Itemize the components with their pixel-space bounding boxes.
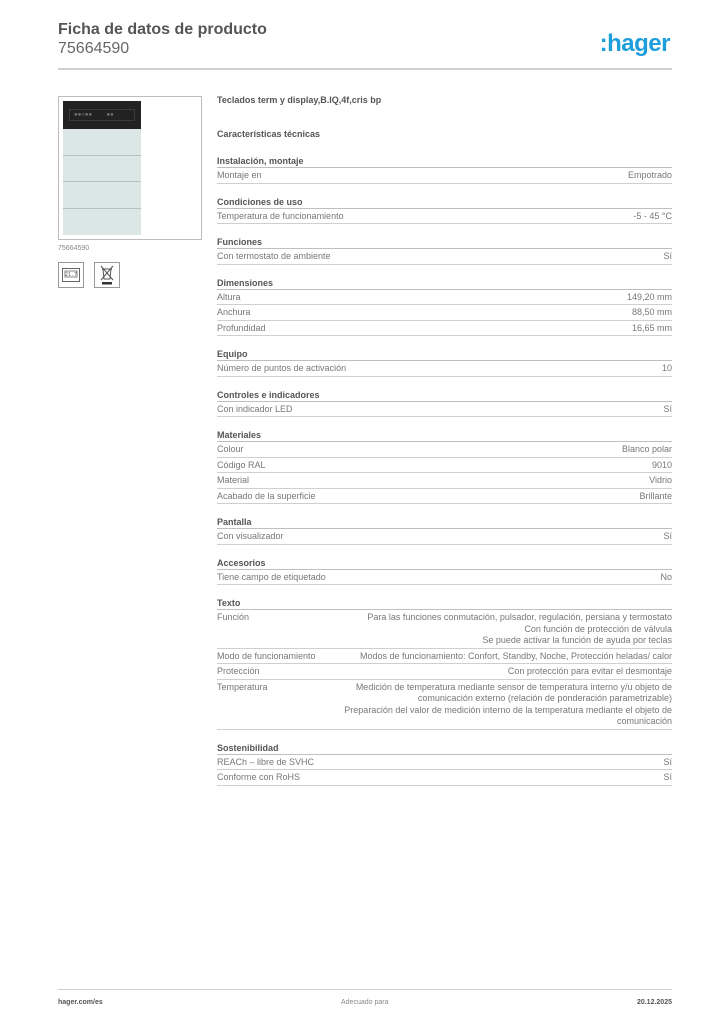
spec-value: Sí xyxy=(300,772,672,784)
spec-row: Código RAL9010 xyxy=(217,458,672,474)
spec-value-line: 10 xyxy=(346,363,672,375)
spec-value: Blanco polar xyxy=(244,444,672,456)
spec-value-line: No xyxy=(326,572,672,584)
spec-row: MaterialVidrio xyxy=(217,473,672,489)
spec-value-line: Con función de protección de válvula xyxy=(342,624,672,636)
spec-value-line: Modos de funcionamiento: Confort, Standb… xyxy=(342,651,672,663)
spec-row: Tiene campo de etiquetadoNo xyxy=(217,570,672,586)
spec-label: Profundidad xyxy=(217,323,266,335)
spec-section: AccesoriosTiene campo de etiquetadoNo xyxy=(217,557,672,586)
spec-section: MaterialesColourBlanco polarCódigo RAL90… xyxy=(217,429,672,504)
hager-logo: :hager xyxy=(600,30,670,58)
spec-value: -5 - 45 °C xyxy=(344,211,672,223)
page-header: Ficha de datos de producto 75664590 :hag… xyxy=(58,20,672,70)
website-link[interactable]: hager.com/es xyxy=(58,999,103,1006)
spec-row: ColourBlanco polar xyxy=(217,442,672,458)
spec-section: FuncionesCon termostato de ambienteSí xyxy=(217,236,672,265)
spec-value: Empotrado xyxy=(262,170,672,182)
spec-value-line: Con protección para evitar el desmontaje xyxy=(260,666,672,678)
spec-label: Con indicador LED xyxy=(217,404,293,416)
section-title: Instalación, montaje xyxy=(217,155,672,168)
spec-section: SostenibilidadREACh – libre de SVHCSíCon… xyxy=(217,742,672,786)
spec-label: Protección xyxy=(217,666,260,678)
spec-row: Número de puntos de activación10 xyxy=(217,361,672,377)
spec-value: Sí xyxy=(314,757,672,769)
footer-center-text: Adecuado para xyxy=(341,999,388,1006)
spec-value: 149,20 mm xyxy=(241,292,672,304)
spec-row: REACh – libre de SVHCSí xyxy=(217,755,672,771)
spec-row: Acabado de la superficieBrillante xyxy=(217,489,672,505)
device-key xyxy=(63,182,141,209)
header-divider xyxy=(58,68,672,70)
spec-value: 10 xyxy=(346,363,672,375)
spec-section: Instalación, montajeMontaje enEmpotrado xyxy=(217,155,672,184)
spec-value-line: Para las funciones conmutación, pulsador… xyxy=(342,612,672,624)
section-title: Accesorios xyxy=(217,557,672,570)
section-title: Dimensiones xyxy=(217,277,672,290)
spec-value-line: Sí xyxy=(293,404,672,416)
spec-row: Con visualizadorSí xyxy=(217,529,672,545)
spec-value-line: 9010 xyxy=(266,460,672,472)
spec-section: TextoFunciónPara las funciones conmutaci… xyxy=(217,597,672,730)
spec-row: Modo de funcionamientoModos de funcionam… xyxy=(217,649,672,665)
keypad-device-image: ▪▪▫▪▪ ▪▪ xyxy=(63,101,141,235)
spec-row: TemperaturaMedición de temperatura media… xyxy=(217,680,672,730)
spec-label: Con termostato de ambiente xyxy=(217,251,331,263)
spec-value-line: Medición de temperatura mediante sensor … xyxy=(342,682,672,705)
section-title: Pantalla xyxy=(217,516,672,529)
spec-value: Para las funciones conmutación, pulsador… xyxy=(342,612,672,647)
spec-value-line: Brillante xyxy=(316,491,672,503)
spec-value: Vidrio xyxy=(249,475,672,487)
spec-label: Acabado de la superficie xyxy=(217,491,316,503)
spec-value: Brillante xyxy=(316,491,672,503)
spec-value-line: Empotrado xyxy=(262,170,672,182)
spec-value-line: Sí xyxy=(284,531,672,543)
section-title: Condiciones de uso xyxy=(217,196,672,209)
section-title: Controles e indicadores xyxy=(217,389,672,402)
spec-value: 9010 xyxy=(266,460,672,472)
spec-row: Montaje enEmpotrado xyxy=(217,168,672,184)
spec-value: Modos de funcionamiento: Confort, Standb… xyxy=(342,651,672,663)
spec-sections: Instalación, montajeMontaje enEmpotradoC… xyxy=(217,155,672,786)
spec-row: Profundidad16,65 mm xyxy=(217,321,672,337)
spec-label: Modo de funcionamiento xyxy=(217,651,316,663)
spec-value-line: Vidrio xyxy=(249,475,672,487)
spec-label: Código RAL xyxy=(217,460,266,472)
device-key xyxy=(63,209,141,236)
section-title: Sostenibilidad xyxy=(217,742,672,755)
section-title: Funciones xyxy=(217,236,672,249)
spec-row: Conforme con RoHSSí xyxy=(217,770,672,786)
spec-value: 16,65 mm xyxy=(266,323,672,335)
spec-label: Temperatura de funcionamiento xyxy=(217,211,344,223)
footer-divider xyxy=(58,989,672,990)
certification-icons: 21.7 xyxy=(58,262,202,288)
spec-section: Condiciones de usoTemperatura de funcion… xyxy=(217,196,672,225)
device-key xyxy=(63,156,141,183)
spec-value-line: Sí xyxy=(331,251,672,263)
spec-label: REACh – libre de SVHC xyxy=(217,757,314,769)
technical-data: Teclados term y display,B.IQ,4f,cris bp … xyxy=(217,95,672,786)
spec-value-line: Se puede activar la función de ayuda por… xyxy=(342,635,672,647)
spec-row: FunciónPara las funciones conmutación, p… xyxy=(217,610,672,649)
product-photo: ▪▪▫▪▪ ▪▪ xyxy=(58,96,202,240)
spec-value: Sí xyxy=(331,251,672,263)
document-date: 20.12.2025 xyxy=(637,999,672,1006)
spec-label: Temperatura xyxy=(217,682,268,728)
svg-text:21.7: 21.7 xyxy=(65,272,77,278)
spec-label: Altura xyxy=(217,292,241,304)
spec-value-line: Sí xyxy=(300,772,672,784)
spec-row: Con termostato de ambienteSí xyxy=(217,249,672,265)
spec-label: Con visualizador xyxy=(217,531,284,543)
document-title: Ficha de datos de producto xyxy=(58,20,672,40)
spec-value-line: 16,65 mm xyxy=(266,323,672,335)
display-symbol-icon: 21.7 xyxy=(58,262,84,288)
spec-value: No xyxy=(326,572,672,584)
spec-section: PantallaCon visualizadorSí xyxy=(217,516,672,545)
product-image-panel: ▪▪▫▪▪ ▪▪ 75664590 21.7 xyxy=(58,96,202,288)
section-title: Equipo xyxy=(217,348,672,361)
spec-row: Temperatura de funcionamiento-5 - 45 °C xyxy=(217,209,672,225)
spec-row: Anchura88,50 mm xyxy=(217,305,672,321)
spec-section: EquipoNúmero de puntos de activación10 xyxy=(217,348,672,377)
spec-value: Medición de temperatura mediante sensor … xyxy=(342,682,672,728)
page-footer: hager.com/es Adecuado para 20.12.2025 xyxy=(58,989,672,1019)
image-caption: 75664590 xyxy=(58,245,202,252)
technical-characteristics-heading: Características técnicas xyxy=(217,129,672,143)
spec-label: Material xyxy=(217,475,249,487)
spec-row: Altura149,20 mm xyxy=(217,290,672,306)
spec-value-line: 149,20 mm xyxy=(241,292,672,304)
weee-crossed-bin-icon xyxy=(94,262,120,288)
spec-value: Sí xyxy=(284,531,672,543)
spec-value: 88,50 mm xyxy=(251,307,672,319)
spec-value-line: -5 - 45 °C xyxy=(344,211,672,223)
spec-value: Con protección para evitar el desmontaje xyxy=(260,666,672,678)
spec-value: Sí xyxy=(293,404,672,416)
spec-label: Conforme con RoHS xyxy=(217,772,300,784)
spec-label: Montaje en xyxy=(217,170,262,182)
product-number: 75664590 xyxy=(58,40,672,58)
product-name: Teclados term y display,B.IQ,4f,cris bp xyxy=(217,95,672,109)
spec-label: Tiene campo de etiquetado xyxy=(217,572,326,584)
spec-label: Colour xyxy=(217,444,244,456)
spec-section: Controles e indicadoresCon indicador LED… xyxy=(217,389,672,418)
display-screen: ▪▪▫▪▪ ▪▪ xyxy=(69,109,135,121)
spec-label: Anchura xyxy=(217,307,251,319)
spec-label: Función xyxy=(217,612,249,647)
spec-value-line: Blanco polar xyxy=(244,444,672,456)
spec-row: ProtecciónCon protección para evitar el … xyxy=(217,664,672,680)
device-display: ▪▪▫▪▪ ▪▪ xyxy=(63,101,141,129)
section-title: Texto xyxy=(217,597,672,610)
section-title: Materiales xyxy=(217,429,672,442)
spec-row: Con indicador LEDSí xyxy=(217,402,672,418)
spec-value-line: Sí xyxy=(314,757,672,769)
device-key xyxy=(63,129,141,156)
spec-value-line: 88,50 mm xyxy=(251,307,672,319)
spec-label: Número de puntos de activación xyxy=(217,363,346,375)
spec-value-line: Preparación del valor de medición intern… xyxy=(342,705,672,728)
spec-section: DimensionesAltura149,20 mmAnchura88,50 m… xyxy=(217,277,672,337)
